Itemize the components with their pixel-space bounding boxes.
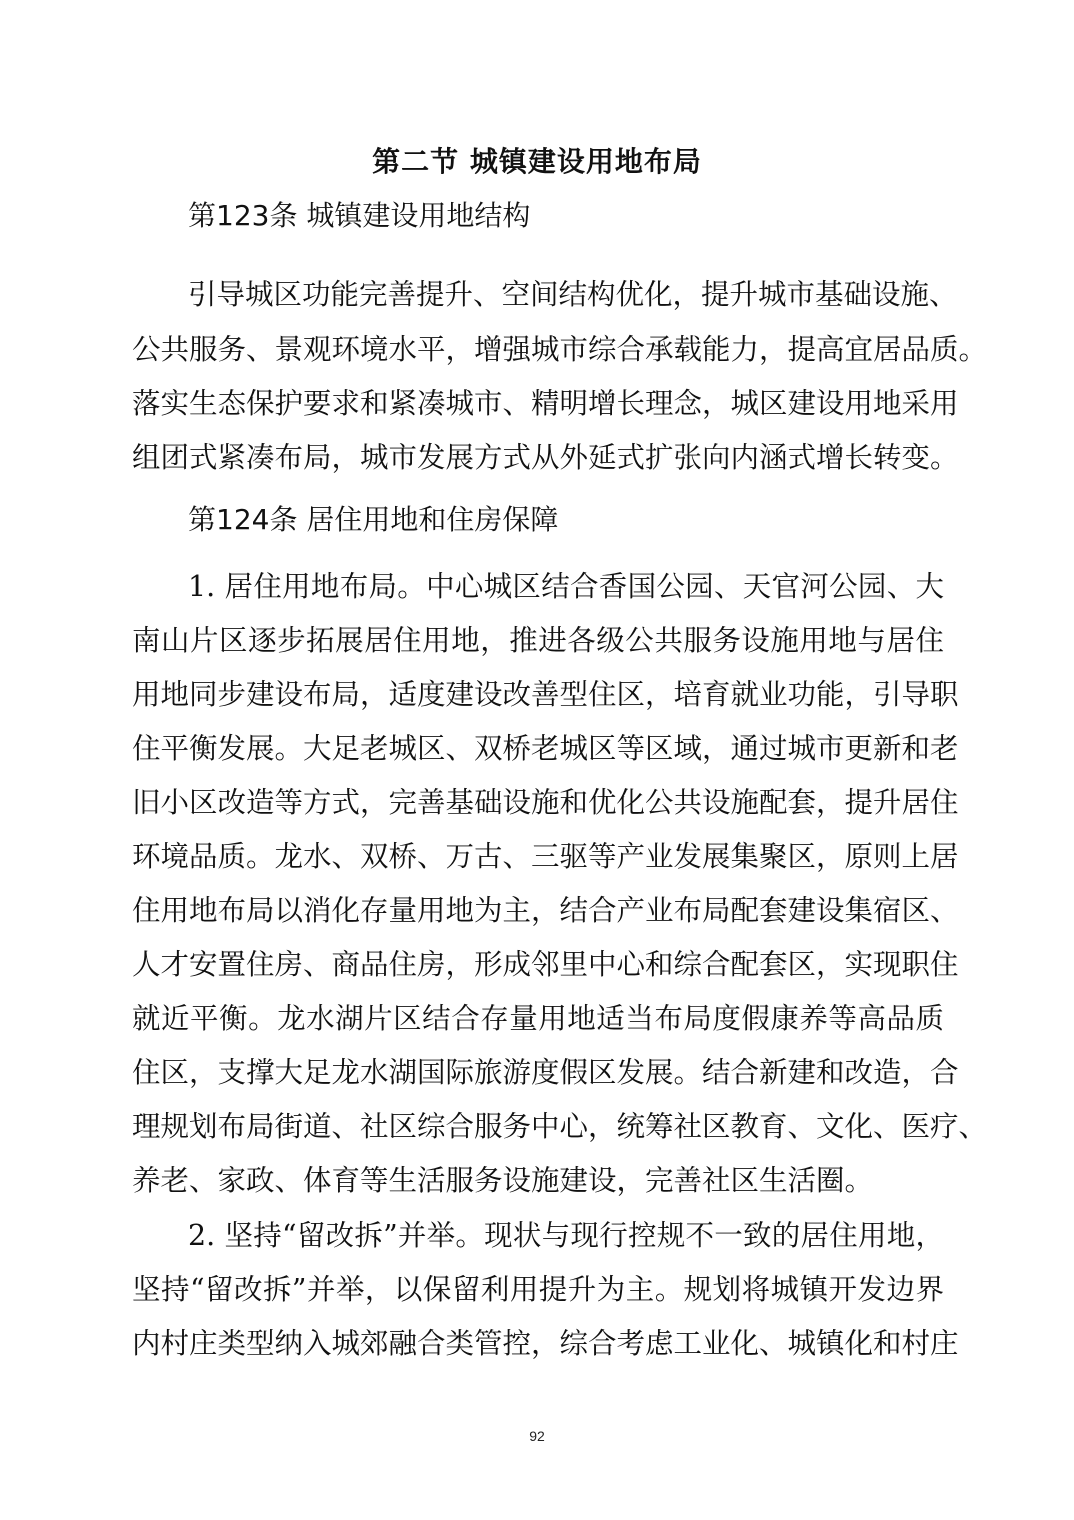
paragraph-line: 住区，支撑大足龙水湖国际旅游度假区发展。结合新建和改造，合: [132, 1053, 944, 1093]
document-page: 第二节 城镇建设用地布局 第123条 城镇建设用地结构 引导城区功能完善提升、空…: [0, 0, 1074, 1520]
paragraph-line: 人才安置住房、商品住房，形成邻里中心和综合配套区，实现职住: [132, 945, 944, 985]
paragraph-line: 坚持“留改拆”并举，以保留利用提升为主。规划将城镇开发边界: [132, 1270, 944, 1310]
paragraph-line: 住平衡发展。大足老城区、双桥老城区等区域，通过城市更新和老: [132, 729, 944, 769]
paragraph-line: 环境品质。龙水、双桥、万古、三驱等产业发展集聚区，原则上居: [132, 837, 944, 877]
article-123-heading: 第123条 城镇建设用地结构: [188, 196, 530, 236]
section-title: 第二节 城镇建设用地布局: [0, 140, 1074, 184]
paragraph-line: 引导城区功能完善提升、空间结构优化，提升城市基础设施、: [188, 275, 944, 315]
page-number: 92: [0, 1428, 1074, 1444]
paragraph-line: 就近平衡。龙水湖片区结合存量用地适当布局度假康养等高品质: [132, 999, 944, 1039]
paragraph-line: 南山片区逐步拓展居住用地，推进各级公共服务设施用地与居住: [132, 621, 944, 661]
paragraph-line: 公共服务、景观环境水平，增强城市综合承载能力，提高宜居品质。: [132, 330, 944, 370]
paragraph-line: 落实生态保护要求和紧凑城市、精明增长理念，城区建设用地采用: [132, 384, 944, 424]
paragraph-line: 理规划布局街道、社区综合服务中心，统筹社区教育、文化、医疗、: [132, 1107, 944, 1147]
paragraph-line: 内村庄类型纳入城郊融合类管控，综合考虑工业化、城镇化和村庄: [132, 1324, 944, 1364]
paragraph-line: 养老、家政、体育等生活服务设施建设，完善社区生活圈。: [132, 1161, 944, 1201]
paragraph-line: 住用地布局以消化存量用地为主，结合产业布局配套建设集宿区、: [132, 891, 944, 931]
paragraph-line: 组团式紧凑布局，城市发展方式从外延式扩张向内涵式增长转变。: [132, 438, 944, 478]
paragraph-line: 用地同步建设布局，适度建设改善型住区，培育就业功能，引导职: [132, 675, 944, 715]
paragraph-line: 2. 坚持“留改拆”并举。现状与现行控规不一致的居住用地，: [188, 1216, 944, 1256]
paragraph-line: 旧小区改造等方式，完善基础设施和优化公共设施配套，提升居住: [132, 783, 944, 823]
article-124-heading: 第124条 居住用地和住房保障: [188, 500, 558, 540]
paragraph-line: 1. 居住用地布局。中心城区结合香国公园、天官河公园、大: [188, 567, 944, 607]
